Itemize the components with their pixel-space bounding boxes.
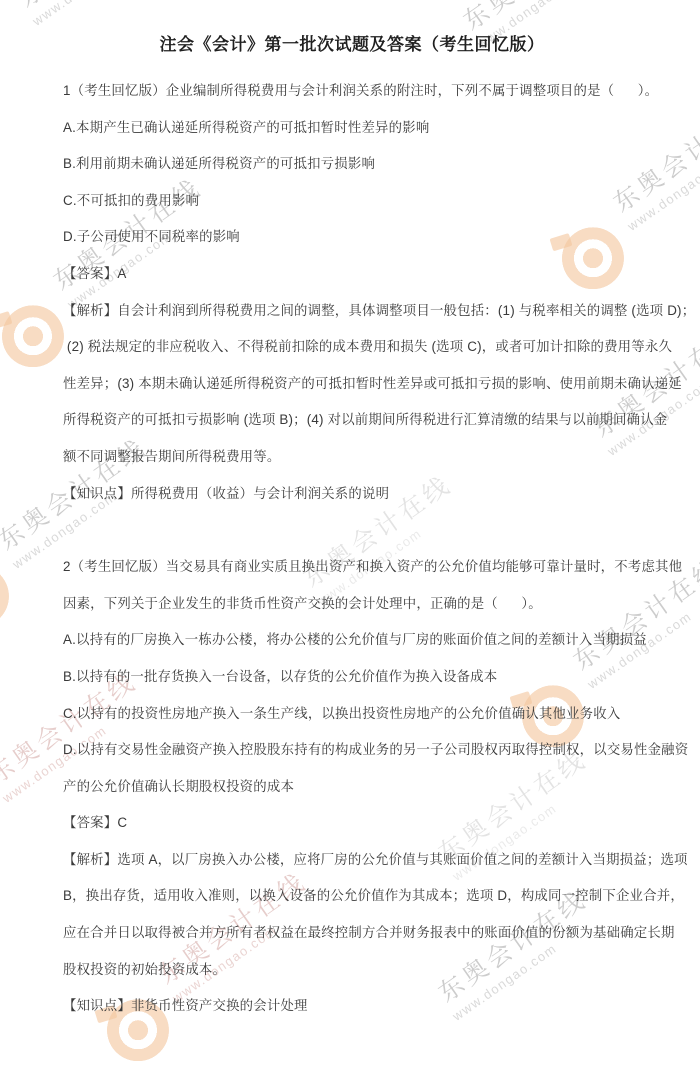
analysis-line: 所得税资产的可抵扣亏损影响 (选项 B)；(4) 对以前期间所得税进行汇算清缴的… — [63, 402, 641, 439]
analysis-line: 【解析】选项 A，以厂房换入办公楼，应将厂房的公允价值与其账面价值之间的差额计入… — [63, 842, 641, 879]
option-line: A.以持有的厂房换入一栋办公楼，将办公楼的公允价值与厂房的账面价值之间的差额计入… — [63, 622, 641, 659]
option-line: D.子公司使用不同税率的影响 — [63, 219, 641, 256]
page-title: 注会《会计》第一批次试题及答案（考生回忆版） — [63, 0, 641, 57]
document-content: 注会《会计》第一批次试题及答案（考生回忆版） 1（考生回忆版）企业编制所得税费用… — [63, 0, 641, 1025]
analysis-line: B，换出存货，适用收入准则，以换入设备的公允价值作为其成本；选项 D，构成同一控… — [63, 878, 641, 915]
analysis-line: 性差异；(3) 本期未确认递延所得税资产的可抵扣暂时性差异或可抵扣亏损的影响、使… — [63, 366, 641, 403]
question-block-1: 1（考生回忆版）企业编制所得税费用与会计利润关系的附注时，下列不属于调整项目的是… — [63, 73, 641, 512]
analysis-line: 【解析】自会计利润到所得税费用之间的调整，具体调整项目一般包括：(1) 与税率相… — [63, 293, 641, 330]
question-stem-line: 2（考生回忆版）当交易具有商业实质且换出资产和换入资产的公允价值均能够可靠计量时… — [63, 549, 641, 586]
answer-line: 【答案】A — [63, 256, 641, 293]
option-line: B.以持有的一批存货换入一台设备，以存货的公允价值作为换入设备成本 — [63, 659, 641, 696]
option-line: C.不可抵扣的费用影响 — [63, 183, 641, 220]
answer-line: 【答案】C — [63, 805, 641, 842]
dongao-logo-icon — [0, 553, 21, 639]
analysis-line: 应在合并日以取得被合并方所有者权益在最终控制方合并财务报表中的账面价值的份额为基… — [63, 915, 641, 952]
document-body: 1（考生回忆版）企业编制所得税费用与会计利润关系的附注时，下列不属于调整项目的是… — [63, 73, 641, 1025]
option-line: C.以持有的投资性房地产换入一条生产线，以换出投资性房地产的公允价值确认其他业务… — [63, 696, 641, 733]
option-line: A.本期产生已确认递延所得税资产的可抵扣暂时性差异的影响 — [63, 110, 641, 147]
analysis-line: 股权投资的初始投资成本。 — [63, 952, 641, 989]
analysis-line: 额不同调整报告期间所得税费用等。 — [63, 439, 641, 476]
dongao-logo-icon — [0, 787, 11, 873]
question-block-2: 2（考生回忆版）当交易具有商业实质且换出资产和换入资产的公允价值均能够可靠计量时… — [63, 549, 641, 1025]
analysis-line: (2) 税法规定的非应税收入、不得税前扣除的成本费用和损失 (选项 C)，或者可… — [63, 329, 641, 366]
knowledge-line: 【知识点】非货币性资产交换的会计处理 — [63, 988, 641, 1025]
option-line: B.利用前期未确认递延所得税资产的可抵扣亏损影响 — [63, 146, 641, 183]
option-line: D.以持有交易性金融资产换入控股股东持有的构成业务的另一子公司股权丙取得控制权，… — [63, 732, 641, 769]
option-line: 产的公允价值确认长期股权投资的成本 — [63, 769, 641, 806]
question-stem-line: 1（考生回忆版）企业编制所得税费用与会计利润关系的附注时，下列不属于调整项目的是… — [63, 73, 641, 110]
document-page: 东奥会计在线www.dongao.com东奥会计在线www.dongao.com… — [0, 0, 700, 1087]
question-stem-line: 因素，下列关于企业发生的非货币性资产交换的会计处理中，正确的是（ ）。 — [63, 586, 641, 623]
knowledge-line: 【知识点】所得税费用（收益）与会计利润关系的说明 — [63, 476, 641, 513]
